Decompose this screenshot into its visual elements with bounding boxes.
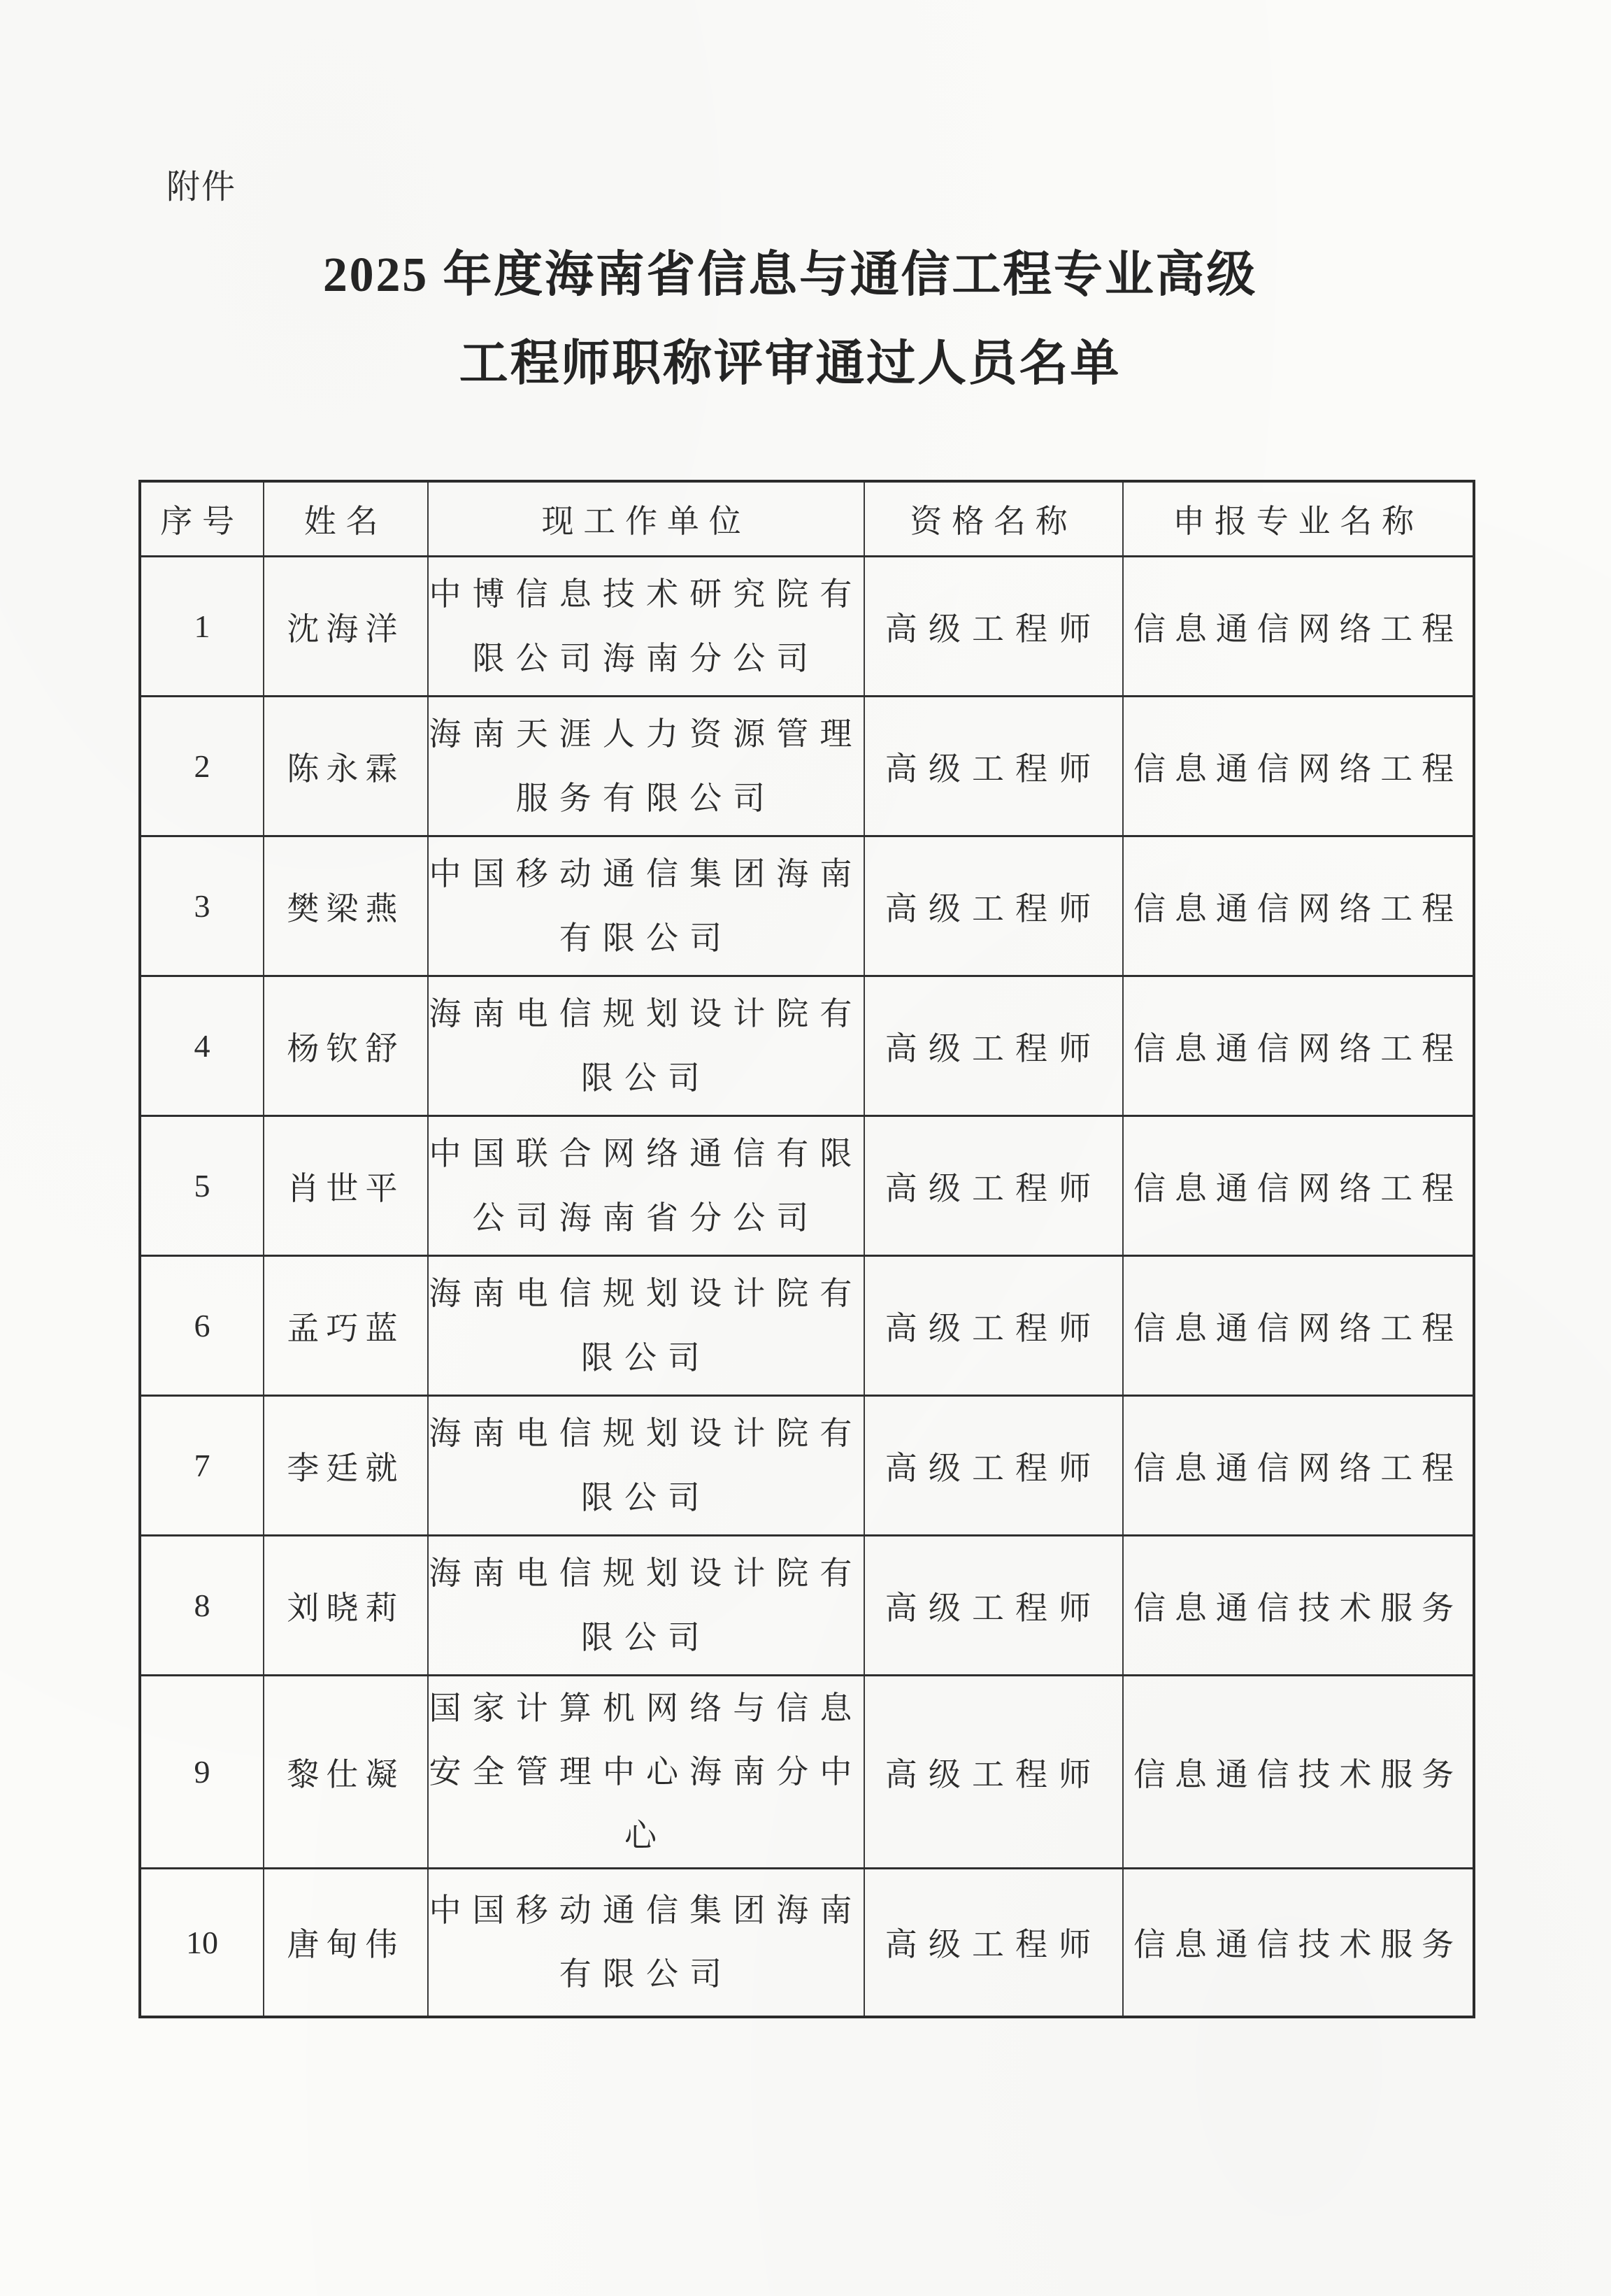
table-row: 8 刘晓莉 海南电信规划设计院有限公司 高级工程师 信息通信技术服务 <box>140 1536 1474 1676</box>
table-row: 7 李廷就 海南电信规划设计院有限公司 高级工程师 信息通信网络工程 <box>140 1396 1474 1536</box>
cell-specialty: 信息通信网络工程 <box>1123 976 1474 1116</box>
roster-table: 序号 姓名 现工作单位 资格名称 申报专业名称 1 沈海洋 中博信息技术研究院有… <box>138 480 1475 2018</box>
cell-specialty: 信息通信网络工程 <box>1123 1116 1474 1256</box>
cell-no: 10 <box>140 1869 264 2017</box>
table-row: 10 唐甸伟 中国移动通信集团海南有限公司 高级工程师 信息通信技术服务 <box>140 1869 1474 2017</box>
cell-no: 3 <box>140 836 264 976</box>
table-row: 6 孟巧蓝 海南电信规划设计院有限公司 高级工程师 信息通信网络工程 <box>140 1256 1474 1396</box>
cell-no: 7 <box>140 1396 264 1536</box>
cell-qualification: 高级工程师 <box>864 976 1123 1116</box>
cell-qualification: 高级工程师 <box>864 1536 1123 1676</box>
table-row: 5 肖世平 中国联合网络通信有限公司海南省分公司 高级工程师 信息通信网络工程 <box>140 1116 1474 1256</box>
header-specialty: 申报专业名称 <box>1123 481 1474 557</box>
cell-no: 4 <box>140 976 264 1116</box>
document-page: 附件 2025 年度海南省信息与通信工程专业高级 工程师职称评审通过人员名单 序… <box>0 0 1611 2296</box>
cell-employer: 海南电信规划设计院有限公司 <box>428 1396 864 1536</box>
cell-name: 刘晓莉 <box>264 1536 428 1676</box>
table-header-row: 序号 姓名 现工作单位 资格名称 申报专业名称 <box>140 481 1474 557</box>
cell-name: 黎仕凝 <box>264 1676 428 1869</box>
cell-employer: 海南天涯人力资源管理服务有限公司 <box>428 697 864 836</box>
cell-no: 8 <box>140 1536 264 1676</box>
cell-no: 2 <box>140 697 264 836</box>
table-row: 1 沈海洋 中博信息技术研究院有限公司海南分公司 高级工程师 信息通信网络工程 <box>140 557 1474 697</box>
cell-specialty: 信息通信技术服务 <box>1123 1676 1474 1869</box>
attachment-label: 附件 <box>166 159 236 208</box>
cell-employer: 中国移动通信集团海南有限公司 <box>428 1869 864 2017</box>
cell-qualification: 高级工程师 <box>864 1116 1123 1256</box>
cell-no: 5 <box>140 1116 264 1256</box>
cell-specialty: 信息通信网络工程 <box>1123 1396 1474 1536</box>
cell-no: 9 <box>140 1676 264 1869</box>
cell-name: 李廷就 <box>264 1396 428 1536</box>
cell-specialty: 信息通信网络工程 <box>1123 557 1474 697</box>
table-row: 3 樊梁燕 中国移动通信集团海南有限公司 高级工程师 信息通信网络工程 <box>140 836 1474 976</box>
cell-name: 孟巧蓝 <box>264 1256 428 1396</box>
cell-name: 沈海洋 <box>264 557 428 697</box>
cell-specialty: 信息通信技术服务 <box>1123 1536 1474 1676</box>
cell-employer: 中国移动通信集团海南有限公司 <box>428 836 864 976</box>
header-employer: 现工作单位 <box>428 481 864 557</box>
cell-name: 唐甸伟 <box>264 1869 428 2017</box>
document-title: 2025 年度海南省信息与通信工程专业高级 工程师职称评审通过人员名单 <box>0 231 1580 409</box>
cell-employer: 海南电信规划设计院有限公司 <box>428 1536 864 1676</box>
document-title-line2: 工程师职称评审通过人员名单 <box>0 320 1580 408</box>
document-title-line1: 2025 年度海南省信息与通信工程专业高级 <box>0 231 1580 320</box>
table-row: 9 黎仕凝 国家计算机网络与信息安全管理中心海南分中心 高级工程师 信息通信技术… <box>140 1676 1474 1869</box>
cell-qualification: 高级工程师 <box>864 697 1123 836</box>
cell-name: 樊梁燕 <box>264 836 428 976</box>
roster-table-container: 序号 姓名 现工作单位 资格名称 申报专业名称 1 沈海洋 中博信息技术研究院有… <box>138 480 1475 2018</box>
cell-no: 6 <box>140 1256 264 1396</box>
cell-specialty: 信息通信网络工程 <box>1123 1256 1474 1396</box>
cell-qualification: 高级工程师 <box>864 1256 1123 1396</box>
cell-specialty: 信息通信网络工程 <box>1123 836 1474 976</box>
cell-employer: 中博信息技术研究院有限公司海南分公司 <box>428 557 864 697</box>
cell-specialty: 信息通信网络工程 <box>1123 697 1474 836</box>
cell-employer: 中国联合网络通信有限公司海南省分公司 <box>428 1116 864 1256</box>
cell-employer: 海南电信规划设计院有限公司 <box>428 976 864 1116</box>
header-name: 姓名 <box>264 481 428 557</box>
cell-qualification: 高级工程师 <box>864 1676 1123 1869</box>
cell-name: 陈永霖 <box>264 697 428 836</box>
header-qualification: 资格名称 <box>864 481 1123 557</box>
cell-qualification: 高级工程师 <box>864 836 1123 976</box>
cell-employer: 海南电信规划设计院有限公司 <box>428 1256 864 1396</box>
cell-specialty: 信息通信技术服务 <box>1123 1869 1474 2017</box>
table-row: 2 陈永霖 海南天涯人力资源管理服务有限公司 高级工程师 信息通信网络工程 <box>140 697 1474 836</box>
cell-qualification: 高级工程师 <box>864 1869 1123 2017</box>
header-no: 序号 <box>140 481 264 557</box>
cell-no: 1 <box>140 557 264 697</box>
table-row: 4 杨钦舒 海南电信规划设计院有限公司 高级工程师 信息通信网络工程 <box>140 976 1474 1116</box>
cell-employer: 国家计算机网络与信息安全管理中心海南分中心 <box>428 1676 864 1869</box>
cell-qualification: 高级工程师 <box>864 1396 1123 1536</box>
cell-name: 肖世平 <box>264 1116 428 1256</box>
cell-qualification: 高级工程师 <box>864 557 1123 697</box>
cell-name: 杨钦舒 <box>264 976 428 1116</box>
